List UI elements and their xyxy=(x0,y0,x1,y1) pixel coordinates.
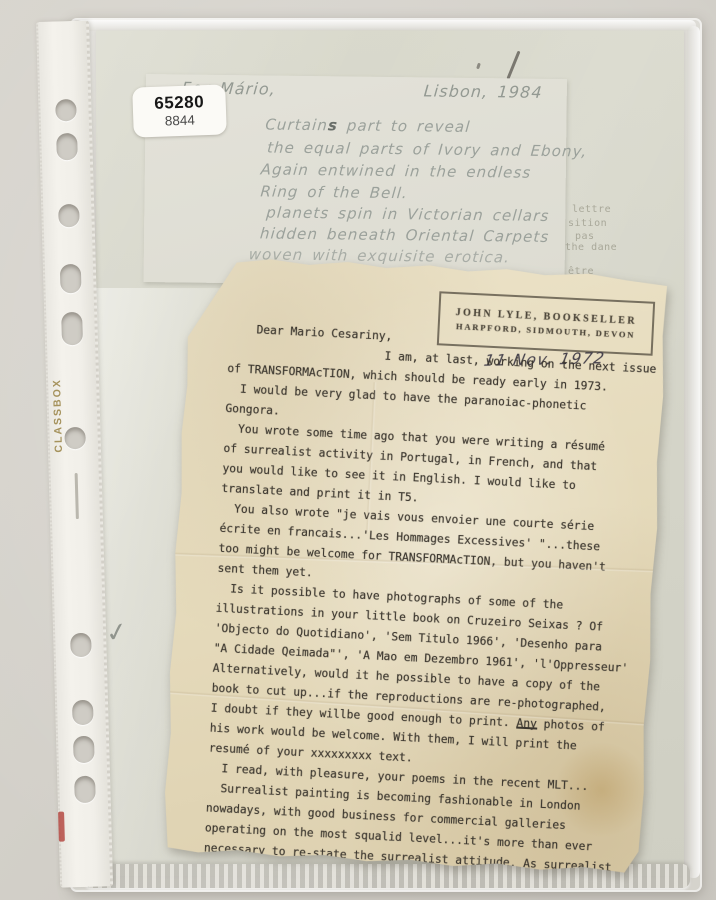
letter-body: Dear Mario Cesariny, I am, at last, work… xyxy=(204,319,661,871)
punched-hole xyxy=(60,264,82,294)
punched-hole xyxy=(55,99,77,122)
note-line: the equal parts of Ivory and Ebony, xyxy=(266,138,588,160)
punched-hole xyxy=(61,312,83,346)
note-line1-part: part to reveal xyxy=(337,116,471,136)
punched-hole xyxy=(73,736,95,764)
lot-secondary-number: 8844 xyxy=(165,112,196,129)
ghost-text-fragment: pas xyxy=(575,231,595,242)
note-line: Ring of the Bell. xyxy=(260,182,409,202)
ghost-text-fragment: the dane xyxy=(565,242,617,253)
auction-photo-documents-in-sleeve: lettre sition pas the dane être ✓ For Má… xyxy=(0,0,716,900)
punched-hole xyxy=(74,776,96,804)
ghost-text-fragment: lettre xyxy=(572,204,611,215)
typed-letter: JOHN LYLE, BOOKSELLER HARPFORD, SIDMOUTH… xyxy=(160,253,671,876)
letter-paper: JOHN LYLE, BOOKSELLER HARPFORD, SIDMOUTH… xyxy=(160,253,671,876)
ghost-text-fragment: sition xyxy=(568,218,607,229)
classbox-brand: CLASSBOX xyxy=(50,356,65,452)
note-line1-part: Curtain xyxy=(265,115,329,134)
sleeve-right-seam xyxy=(687,26,700,878)
note-dateline: Lisbon, 1984 xyxy=(423,81,543,101)
punched-hole xyxy=(72,700,94,726)
punched-hole xyxy=(56,133,78,161)
punched-hole xyxy=(58,204,80,228)
lot-number: 65280 xyxy=(154,93,204,114)
note-line: hidden beneath Oriental Carpets xyxy=(259,224,550,246)
punched-hole xyxy=(64,427,86,450)
punched-slit xyxy=(75,473,79,519)
note-line: planets spin in Victorian cellars xyxy=(266,203,551,224)
sleeve-top-seam xyxy=(76,20,696,31)
note-line: Curtains part to reveal xyxy=(265,115,472,135)
note-line: Again entwined in the endless xyxy=(260,160,532,181)
red-tape-fragment xyxy=(58,812,65,842)
punched-hole xyxy=(70,633,92,658)
lot-label: 65280 8844 xyxy=(132,84,227,137)
